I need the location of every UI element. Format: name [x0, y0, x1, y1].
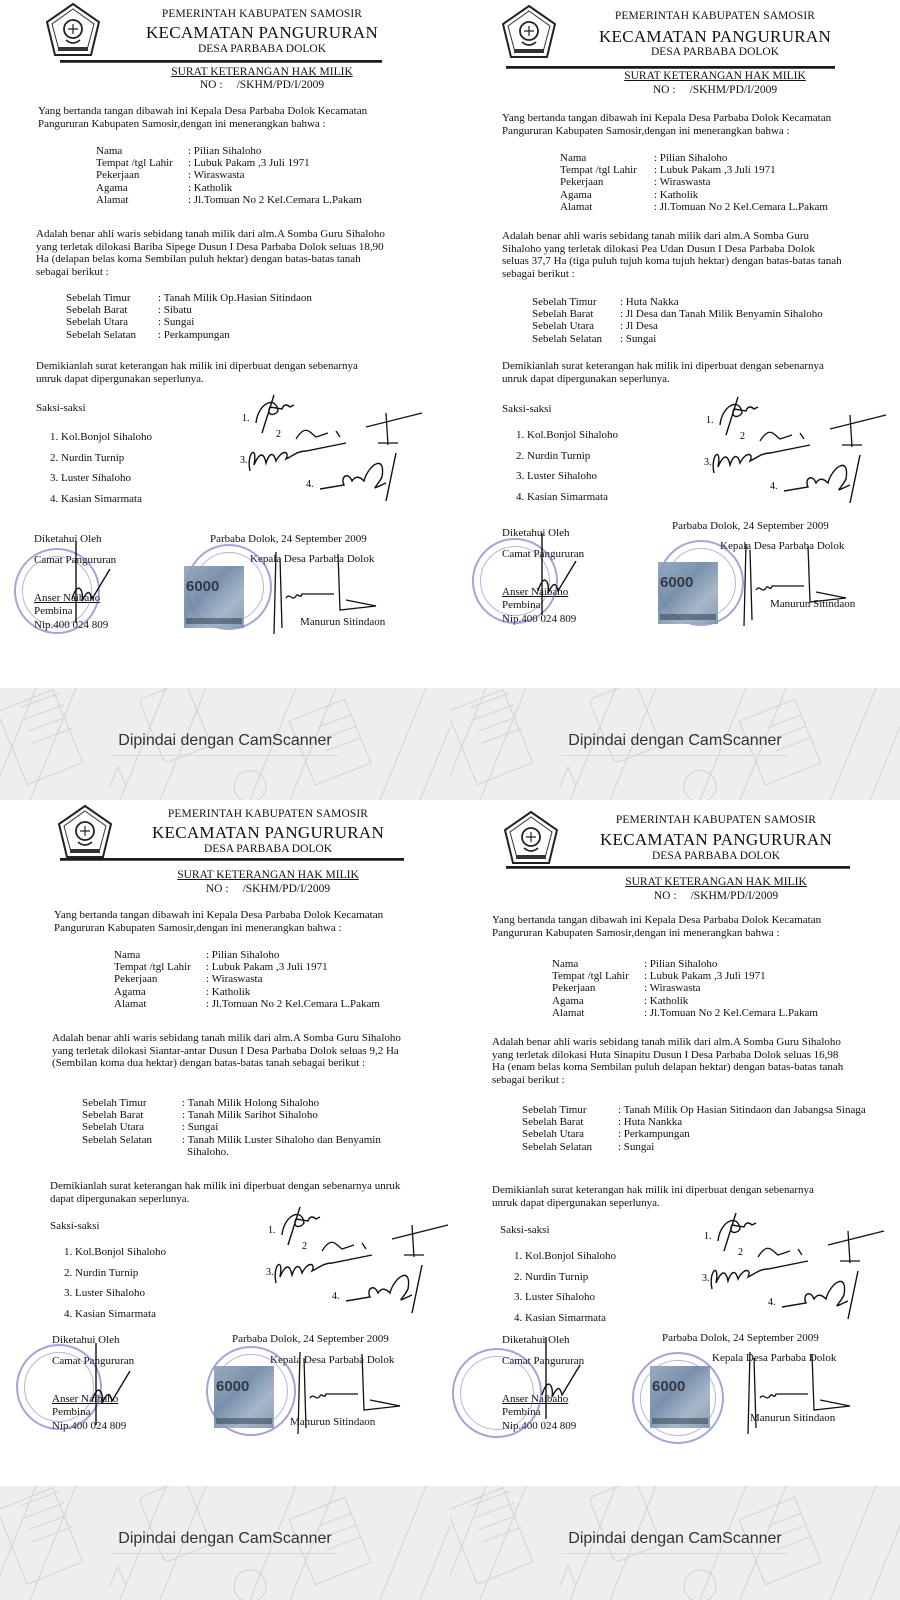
boundary-label: Sebelah Barat — [522, 1116, 614, 1128]
witness-item: 2. Nurdin Turnip — [64, 1263, 166, 1284]
place-date: Parbaba Dolok, 24 September 2009 — [672, 520, 829, 532]
inheritance-paragraph: Adalah benar ahli waris sebidang tanah m… — [492, 1036, 848, 1086]
identity-label: Pekerjaan — [96, 169, 188, 181]
identity-label: Tempat /tgl Lahir — [114, 961, 206, 973]
camscanner-banner-4: Dipindai dengan CamScanner — [450, 1486, 900, 1600]
boundary-value: : Tanah Milik Luster Sihaloho dan Benyam… — [174, 1134, 420, 1158]
camat-signature — [520, 530, 580, 622]
identity-label: Pekerjaan — [552, 982, 644, 994]
boundary-label: Sebelah Selatan — [82, 1134, 174, 1158]
identity-value: : Jl.Tomuan No 2 Kel.Cemara L.Pakam — [188, 194, 362, 206]
sig-number-1: 1. — [268, 1225, 276, 1236]
identity-value: : Wiraswasta — [644, 982, 700, 994]
identity-label: Pekerjaan — [560, 176, 654, 188]
sig-number-4: 4. — [770, 481, 778, 492]
identity-value: : Wiraswasta — [654, 176, 710, 188]
document-page-1: PEMERINTAH KABUPATEN SAMOSIR KECAMATAN P… — [0, 0, 450, 688]
witness-heading: Saksi-saksi — [502, 403, 552, 415]
closing-paragraph: Demikianlah surat keterangan hak milik i… — [492, 1184, 842, 1209]
identity-label: Nama — [96, 145, 188, 157]
number-label: NO : — [654, 890, 677, 902]
boundary-value: : Huta Nakka — [620, 296, 679, 308]
district-line: KECAMATAN PANGURURAN — [74, 23, 450, 43]
boundary-row: Sebelah Timur: Tanah Milik Holong Sihalo… — [82, 1097, 420, 1109]
witness-heading: Saksi-saksi — [50, 1220, 100, 1232]
number-label: NO : — [200, 79, 223, 91]
document-number: NO :/SKHM/PD/I/2009 — [74, 79, 450, 91]
boundary-row: Sebelah Selatan: Sungai — [522, 1141, 870, 1153]
number-value: /SKHM/PD/I/2009 — [690, 84, 778, 96]
boundary-row: Sebelah Utara: Perkampungan — [522, 1128, 870, 1140]
sig-number-4: 4. — [768, 1297, 776, 1308]
identity-label: Agama — [560, 189, 654, 201]
intro-paragraph: Yang bertanda tangan dibawah ini Kepala … — [54, 909, 410, 934]
identity-table: Nama: Pilian SihalohoTempat /tgl Lahir: … — [552, 958, 818, 1019]
scanner-watermark-text: Dipindai dengan CamScanner — [450, 1530, 900, 1548]
witness-signatures: 1. 2 3. 4. — [236, 392, 436, 504]
boundary-label: Sebelah Timur — [532, 296, 620, 308]
witness-item: 4. Kasian Simarmata — [516, 487, 618, 508]
identity-label: Nama — [552, 958, 644, 970]
letterhead: PEMERINTAH KABUPATEN SAMOSIR KECAMATAN P… — [450, 800, 900, 870]
government-line: PEMERINTAH KABUPATEN SAMOSIR — [74, 8, 450, 20]
inheritance-paragraph: Adalah benar ahli waris sebidang tanah m… — [502, 230, 842, 280]
witness-item: 3. Luster Sihaloho — [514, 1287, 616, 1308]
duty-stamp-value: 6000 — [652, 1378, 685, 1395]
inheritance-paragraph: Adalah benar ahli waris sebidang tanah m… — [36, 228, 391, 278]
witness-item: 2. Nurdin Turnip — [516, 446, 618, 467]
boundary-row: Sebelah Timur: Tanah Milik Op Hasian Sit… — [522, 1104, 870, 1116]
identity-label: Nama — [114, 949, 206, 961]
identity-table: Nama: Pilian SihalohoTempat /tgl Lahir: … — [560, 152, 828, 213]
identity-row: Agama: Katholik — [552, 995, 818, 1007]
witness-list: 1. Kol.Bonjol Sihaloho2. Nurdin Turnip3.… — [514, 1246, 616, 1328]
boundary-label: Sebelah Utara — [82, 1121, 174, 1133]
intro-paragraph: Yang bertanda tangan dibawah ini Kepala … — [502, 112, 842, 137]
sig-number-2: 2 — [738, 1247, 743, 1258]
government-line: PEMERINTAH KABUPATEN SAMOSIR — [86, 808, 450, 820]
district-line: KECAMATAN PANGURURAN — [86, 823, 450, 843]
number-label: NO : — [653, 84, 676, 96]
witness-item: 3. Luster Sihaloho — [516, 466, 618, 487]
boundary-value: : Sibatu — [154, 304, 192, 316]
identity-value: : Wiraswasta — [206, 973, 262, 985]
closing-paragraph: Demikianlah surat keterangan hak milik i… — [36, 360, 386, 385]
duty-stamp: 6000 — [184, 566, 244, 628]
identity-value: : Pilian Sihaloho — [654, 152, 727, 164]
identity-row: Tempat /tgl Lahir: Lubuk Pakam ,3 Juli 1… — [552, 970, 818, 982]
sig-number-4: 4. — [332, 1291, 340, 1302]
identity-row: Agama: Katholik — [96, 182, 362, 194]
boundary-value: : Sungai — [174, 1121, 218, 1133]
village-line: DESA PARBABA DOLOK — [532, 850, 900, 862]
boundary-value: : Tanah Milik Sarihot Sihaloho — [174, 1109, 318, 1121]
scanner-watermark-text: Dipindai dengan CamScanner — [450, 732, 900, 750]
sig-number-2: 2 — [740, 431, 745, 442]
letterhead-rule — [60, 858, 404, 861]
boundary-value: : Tanah Milik Op Hasian Sitindaon dan Ja… — [614, 1104, 866, 1116]
place-date: Parbaba Dolok, 24 September 2009 — [662, 1332, 819, 1344]
boundary-label: Sebelah Timur — [522, 1104, 614, 1116]
number-value: /SKHM/PD/I/2009 — [691, 890, 779, 902]
village-head-name: Manurun Sitindaon — [290, 1416, 375, 1428]
witness-heading: Saksi-saksi — [36, 402, 86, 414]
boundaries-table: Sebelah Timur: Tanah Milik Op Hasian Sit… — [522, 1104, 870, 1153]
document-title: SURAT KETERANGAN HAK MILIK — [74, 66, 450, 78]
identity-row: Pekerjaan: Wiraswasta — [114, 973, 380, 985]
boundary-label: Sebelah Barat — [532, 308, 620, 320]
closing-paragraph: Demikianlah surat keterangan hak milik i… — [502, 360, 842, 385]
witness-heading: Saksi-saksi — [500, 1224, 550, 1236]
boundary-value: : Huta Nankka — [614, 1116, 682, 1128]
identity-label: Tempat /tgl Lahir — [96, 157, 188, 169]
identity-value: : Lubuk Pakam ,3 Juli 1971 — [188, 157, 310, 169]
document-number: NO :/SKHM/PD/I/2009 — [532, 890, 900, 902]
witness-item: 4. Kasian Simarmata — [50, 489, 152, 510]
document-title: SURAT KETERANGAN HAK MILIK — [532, 876, 900, 888]
place-date: Parbaba Dolok, 24 September 2009 — [232, 1333, 389, 1345]
boundaries-table: Sebelah Timur: Tanah Milik Op.Hasian Sit… — [66, 292, 420, 341]
government-line: PEMERINTAH KABUPATEN SAMOSIR — [532, 814, 900, 826]
boundary-label: Sebelah Selatan — [532, 333, 620, 345]
boundary-row: Sebelah Utara: Jl Desa — [532, 320, 870, 332]
place-date: Parbaba Dolok, 24 September 2009 — [210, 533, 367, 545]
identity-value: : Katholik — [644, 995, 688, 1007]
witness-item: 1. Kol.Bonjol Sihaloho — [514, 1246, 616, 1267]
boundary-label: Sebelah Utara — [532, 320, 620, 332]
identity-label: Pekerjaan — [114, 973, 206, 985]
witness-list: 1. Kol.Bonjol Sihaloho2. Nurdin Turnip3.… — [50, 427, 152, 509]
boundary-label: Sebelah Barat — [82, 1109, 174, 1121]
village-head-name: Manurun Sitindaon — [300, 616, 385, 628]
identity-row: Alamat: Jl.Tomuan No 2 Kel.Cemara L.Paka… — [96, 194, 362, 206]
boundary-row: Sebelah Timur: Tanah Milik Op.Hasian Sit… — [66, 292, 420, 304]
camscanner-banner-2: Dipindai dengan CamScanner — [450, 688, 900, 800]
identity-row: Tempat /tgl Lahir: Lubuk Pakam ,3 Juli 1… — [560, 164, 828, 176]
boundary-row: Sebelah Barat: Sibatu — [66, 304, 420, 316]
boundary-label: Sebelah Utara — [66, 316, 154, 328]
identity-row: Agama: Katholik — [560, 189, 828, 201]
boundary-label: Sebelah Timur — [66, 292, 154, 304]
sig-number-4: 4. — [306, 479, 314, 490]
district-line: KECAMATAN PANGURURAN — [532, 830, 900, 850]
boundary-row: Sebelah Selatan: Perkampungan — [66, 329, 420, 341]
boundary-value: : Tanah Milik Op.Hasian Sitindaon — [154, 292, 312, 304]
identity-label: Agama — [114, 986, 206, 998]
identity-label: Tempat /tgl Lahir — [560, 164, 654, 176]
closing-paragraph: Demikianlah surat keterangan hak milik i… — [50, 1180, 405, 1205]
identity-table: Nama: Pilian SihalohoTempat /tgl Lahir: … — [96, 145, 362, 206]
number-value: /SKHM/PD/I/2009 — [237, 79, 325, 91]
identity-row: Nama: Pilian Sihaloho — [114, 949, 380, 961]
identity-value: : Jl.Tomuan No 2 Kel.Cemara L.Pakam — [206, 998, 380, 1010]
identity-value: : Jl.Tomuan No 2 Kel.Cemara L.Pakam — [654, 201, 828, 213]
identity-label: Alamat — [552, 1007, 644, 1019]
witness-item: 3. Luster Sihaloho — [64, 1283, 166, 1304]
village-head-signature — [706, 540, 856, 630]
sig-number-3: 3. — [704, 457, 712, 468]
identity-row: Alamat: Jl.Tomuan No 2 Kel.Cemara L.Paka… — [552, 1007, 818, 1019]
document-page-3: PEMERINTAH KABUPATEN SAMOSIR KECAMATAN P… — [0, 800, 450, 1486]
identity-row: Nama: Pilian Sihaloho — [96, 145, 362, 157]
sig-number-3: 3. — [240, 455, 248, 466]
boundary-row: Sebelah Utara: Sungai — [66, 316, 420, 328]
identity-row: Nama: Pilian Sihaloho — [552, 958, 818, 970]
identity-label: Agama — [96, 182, 188, 194]
identity-value: : Katholik — [188, 182, 232, 194]
duty-stamp-value: 6000 — [186, 578, 219, 595]
identity-label: Agama — [552, 995, 644, 1007]
letterhead-rule — [506, 66, 835, 69]
scanner-watermark-text: Dipindai dengan CamScanner — [0, 1530, 450, 1548]
camat-signature — [54, 538, 114, 630]
witness-item: 4. Kasian Simarmata — [514, 1308, 616, 1329]
duty-stamp-value: 6000 — [660, 574, 693, 591]
boundary-label: Sebelah Utara — [522, 1128, 614, 1140]
boundary-value: : Tanah Milik Holong Sihaloho — [174, 1097, 319, 1109]
boundary-row: Sebelah Barat: Jl Desa dan Tanah Milik B… — [532, 308, 870, 320]
government-line: PEMERINTAH KABUPATEN SAMOSIR — [530, 10, 900, 22]
camat-signature — [74, 1340, 134, 1432]
identity-row: Tempat /tgl Lahir: Lubuk Pakam ,3 Juli 1… — [96, 157, 362, 169]
district-line: KECAMATAN PANGURURAN — [530, 27, 900, 47]
boundaries-table: Sebelah Timur: Huta NakkaSebelah Barat: … — [532, 296, 870, 345]
witness-list: 1. Kol.Bonjol Sihaloho2. Nurdin Turnip3.… — [64, 1242, 166, 1324]
boundary-value: : Sungai — [154, 316, 194, 328]
identity-table: Nama: Pilian SihalohoTempat /tgl Lahir: … — [114, 949, 380, 1010]
document-page-2: PEMERINTAH KABUPATEN SAMOSIR KECAMATAN P… — [450, 0, 900, 688]
witness-item: 1. Kol.Bonjol Sihaloho — [50, 427, 152, 448]
letterhead-rule — [506, 866, 850, 869]
sig-number-1: 1. — [242, 413, 250, 424]
sig-number-3: 3. — [702, 1273, 710, 1284]
identity-row: Pekerjaan: Wiraswasta — [552, 982, 818, 994]
boundary-value: : Jl Desa dan Tanah Milik Benyamin Sihal… — [620, 308, 823, 320]
letterhead-rule — [60, 60, 382, 63]
number-value: /SKHM/PD/I/2009 — [243, 883, 331, 895]
identity-row: Pekerjaan: Wiraswasta — [96, 169, 362, 181]
document-number: NO :/SKHM/PD/I/2009 — [530, 84, 900, 96]
boundary-label: Sebelah Barat — [66, 304, 154, 316]
letterhead: PEMERINTAH KABUPATEN SAMOSIR KECAMATAN P… — [450, 0, 900, 70]
identity-value: : Lubuk Pakam ,3 Juli 1971 — [644, 970, 766, 982]
camscanner-banner-1: Dipindai dengan CamScanner — [0, 688, 450, 800]
number-label: NO : — [206, 883, 229, 895]
camat-signature — [524, 1334, 584, 1426]
boundary-value: : Sungai — [620, 333, 656, 345]
duty-stamp: 6000 — [650, 1366, 710, 1428]
document-title: SURAT KETERANGAN HAK MILIK — [530, 70, 900, 82]
duty-stamp-value: 6000 — [216, 1378, 249, 1395]
boundary-label: Sebelah Timur — [82, 1097, 174, 1109]
boundary-label: Sebelah Selatan — [66, 329, 154, 341]
identity-value: : Pilian Sihaloho — [206, 949, 279, 961]
boundary-row: Sebelah Utara: Sungai — [82, 1121, 420, 1133]
identity-label: Nama — [560, 152, 654, 164]
camscanner-banner-3: Dipindai dengan CamScanner — [0, 1486, 450, 1600]
sig-number-1: 1. — [706, 415, 714, 426]
boundary-row: Sebelah Selatan: Sungai — [532, 333, 870, 345]
identity-value: : Jl.Tomuan No 2 Kel.Cemara L.Pakam — [644, 1007, 818, 1019]
document-title: SURAT KETERANGAN HAK MILIK — [86, 869, 450, 881]
document-number: NO :/SKHM/PD/I/2009 — [86, 883, 450, 895]
identity-row: Nama: Pilian Sihaloho — [560, 152, 828, 164]
scanner-watermark-text: Dipindai dengan CamScanner — [0, 732, 450, 750]
identity-label: Alamat — [114, 998, 206, 1010]
identity-row: Tempat /tgl Lahir: Lubuk Pakam ,3 Juli 1… — [114, 961, 380, 973]
witness-signatures: 1. 2 3. 4. — [698, 1210, 898, 1322]
boundary-value: : Perkampungan — [154, 329, 230, 341]
sig-number-1: 1. — [704, 1231, 712, 1242]
duty-stamp-strip — [652, 1418, 708, 1424]
witness-item: 1. Kol.Bonjol Sihaloho — [64, 1242, 166, 1263]
identity-value: : Katholik — [206, 986, 250, 998]
boundary-row: Sebelah Barat: Tanah Milik Sarihot Sihal… — [82, 1109, 420, 1121]
witness-item: 3. Luster Sihaloho — [50, 468, 152, 489]
identity-value: : Katholik — [654, 189, 698, 201]
identity-row: Alamat: Jl.Tomuan No 2 Kel.Cemara L.Paka… — [114, 998, 380, 1010]
identity-value: : Lubuk Pakam ,3 Juli 1971 — [206, 961, 328, 973]
document-page-4: PEMERINTAH KABUPATEN SAMOSIR KECAMATAN P… — [450, 800, 900, 1486]
boundaries-table: Sebelah Timur: Tanah Milik Holong Sihalo… — [82, 1097, 420, 1158]
village-head-signature — [710, 1348, 860, 1438]
identity-row: Agama: Katholik — [114, 986, 380, 998]
boundary-row: Sebelah Selatan: Tanah Milik Luster Siha… — [82, 1134, 420, 1158]
identity-value: : Pilian Sihaloho — [644, 958, 717, 970]
boundary-row: Sebelah Timur: Huta Nakka — [532, 296, 870, 308]
witness-signatures: 1. 2 3. 4. — [700, 394, 900, 506]
sig-number-2: 2 — [276, 429, 281, 440]
witness-item: 1. Kol.Bonjol Sihaloho — [516, 425, 618, 446]
sig-number-3: 3. — [266, 1267, 274, 1278]
identity-row: Pekerjaan: Wiraswasta — [560, 176, 828, 188]
intro-paragraph: Yang bertanda tangan dibawah ini Kepala … — [38, 105, 383, 130]
identity-value: : Lubuk Pakam ,3 Juli 1971 — [654, 164, 776, 176]
boundary-value: : Jl Desa — [620, 320, 658, 332]
boundary-value: : Sungai — [614, 1141, 654, 1153]
witness-item: 2. Nurdin Turnip — [50, 448, 152, 469]
village-line: DESA PARBABA DOLOK — [530, 46, 900, 58]
witness-signatures: 1. 2 3. 4. — [262, 1204, 450, 1316]
boundary-row: Sebelah Barat: Huta Nankka — [522, 1116, 870, 1128]
village-line: DESA PARBABA DOLOK — [86, 843, 450, 855]
identity-value: : Pilian Sihaloho — [188, 145, 261, 157]
witness-list: 1. Kol.Bonjol Sihaloho2. Nurdin Turnip3.… — [516, 425, 618, 507]
identity-label: Tempat /tgl Lahir — [552, 970, 644, 982]
intro-paragraph: Yang bertanda tangan dibawah ini Kepala … — [492, 914, 848, 939]
identity-label: Alamat — [96, 194, 188, 206]
village-head-name: Manurun Sitindaon — [750, 1412, 835, 1424]
inheritance-paragraph: Adalah benar ahli waris sebidang tanah m… — [52, 1032, 412, 1070]
village-line: DESA PARBABA DOLOK — [74, 43, 450, 55]
duty-stamp-strip — [186, 618, 242, 624]
sig-number-2: 2 — [302, 1241, 307, 1252]
identity-label: Alamat — [560, 201, 654, 213]
witness-item: 4. Kasian Simarmata — [64, 1304, 166, 1325]
witness-item: 2. Nurdin Turnip — [514, 1267, 616, 1288]
identity-row: Alamat: Jl.Tomuan No 2 Kel.Cemara L.Paka… — [560, 201, 828, 213]
identity-value: : Wiraswasta — [188, 169, 244, 181]
boundary-label: Sebelah Selatan — [522, 1141, 614, 1153]
boundary-value: : Perkampungan — [614, 1128, 690, 1140]
village-head-name: Manurun Sitindaon — [770, 598, 855, 610]
